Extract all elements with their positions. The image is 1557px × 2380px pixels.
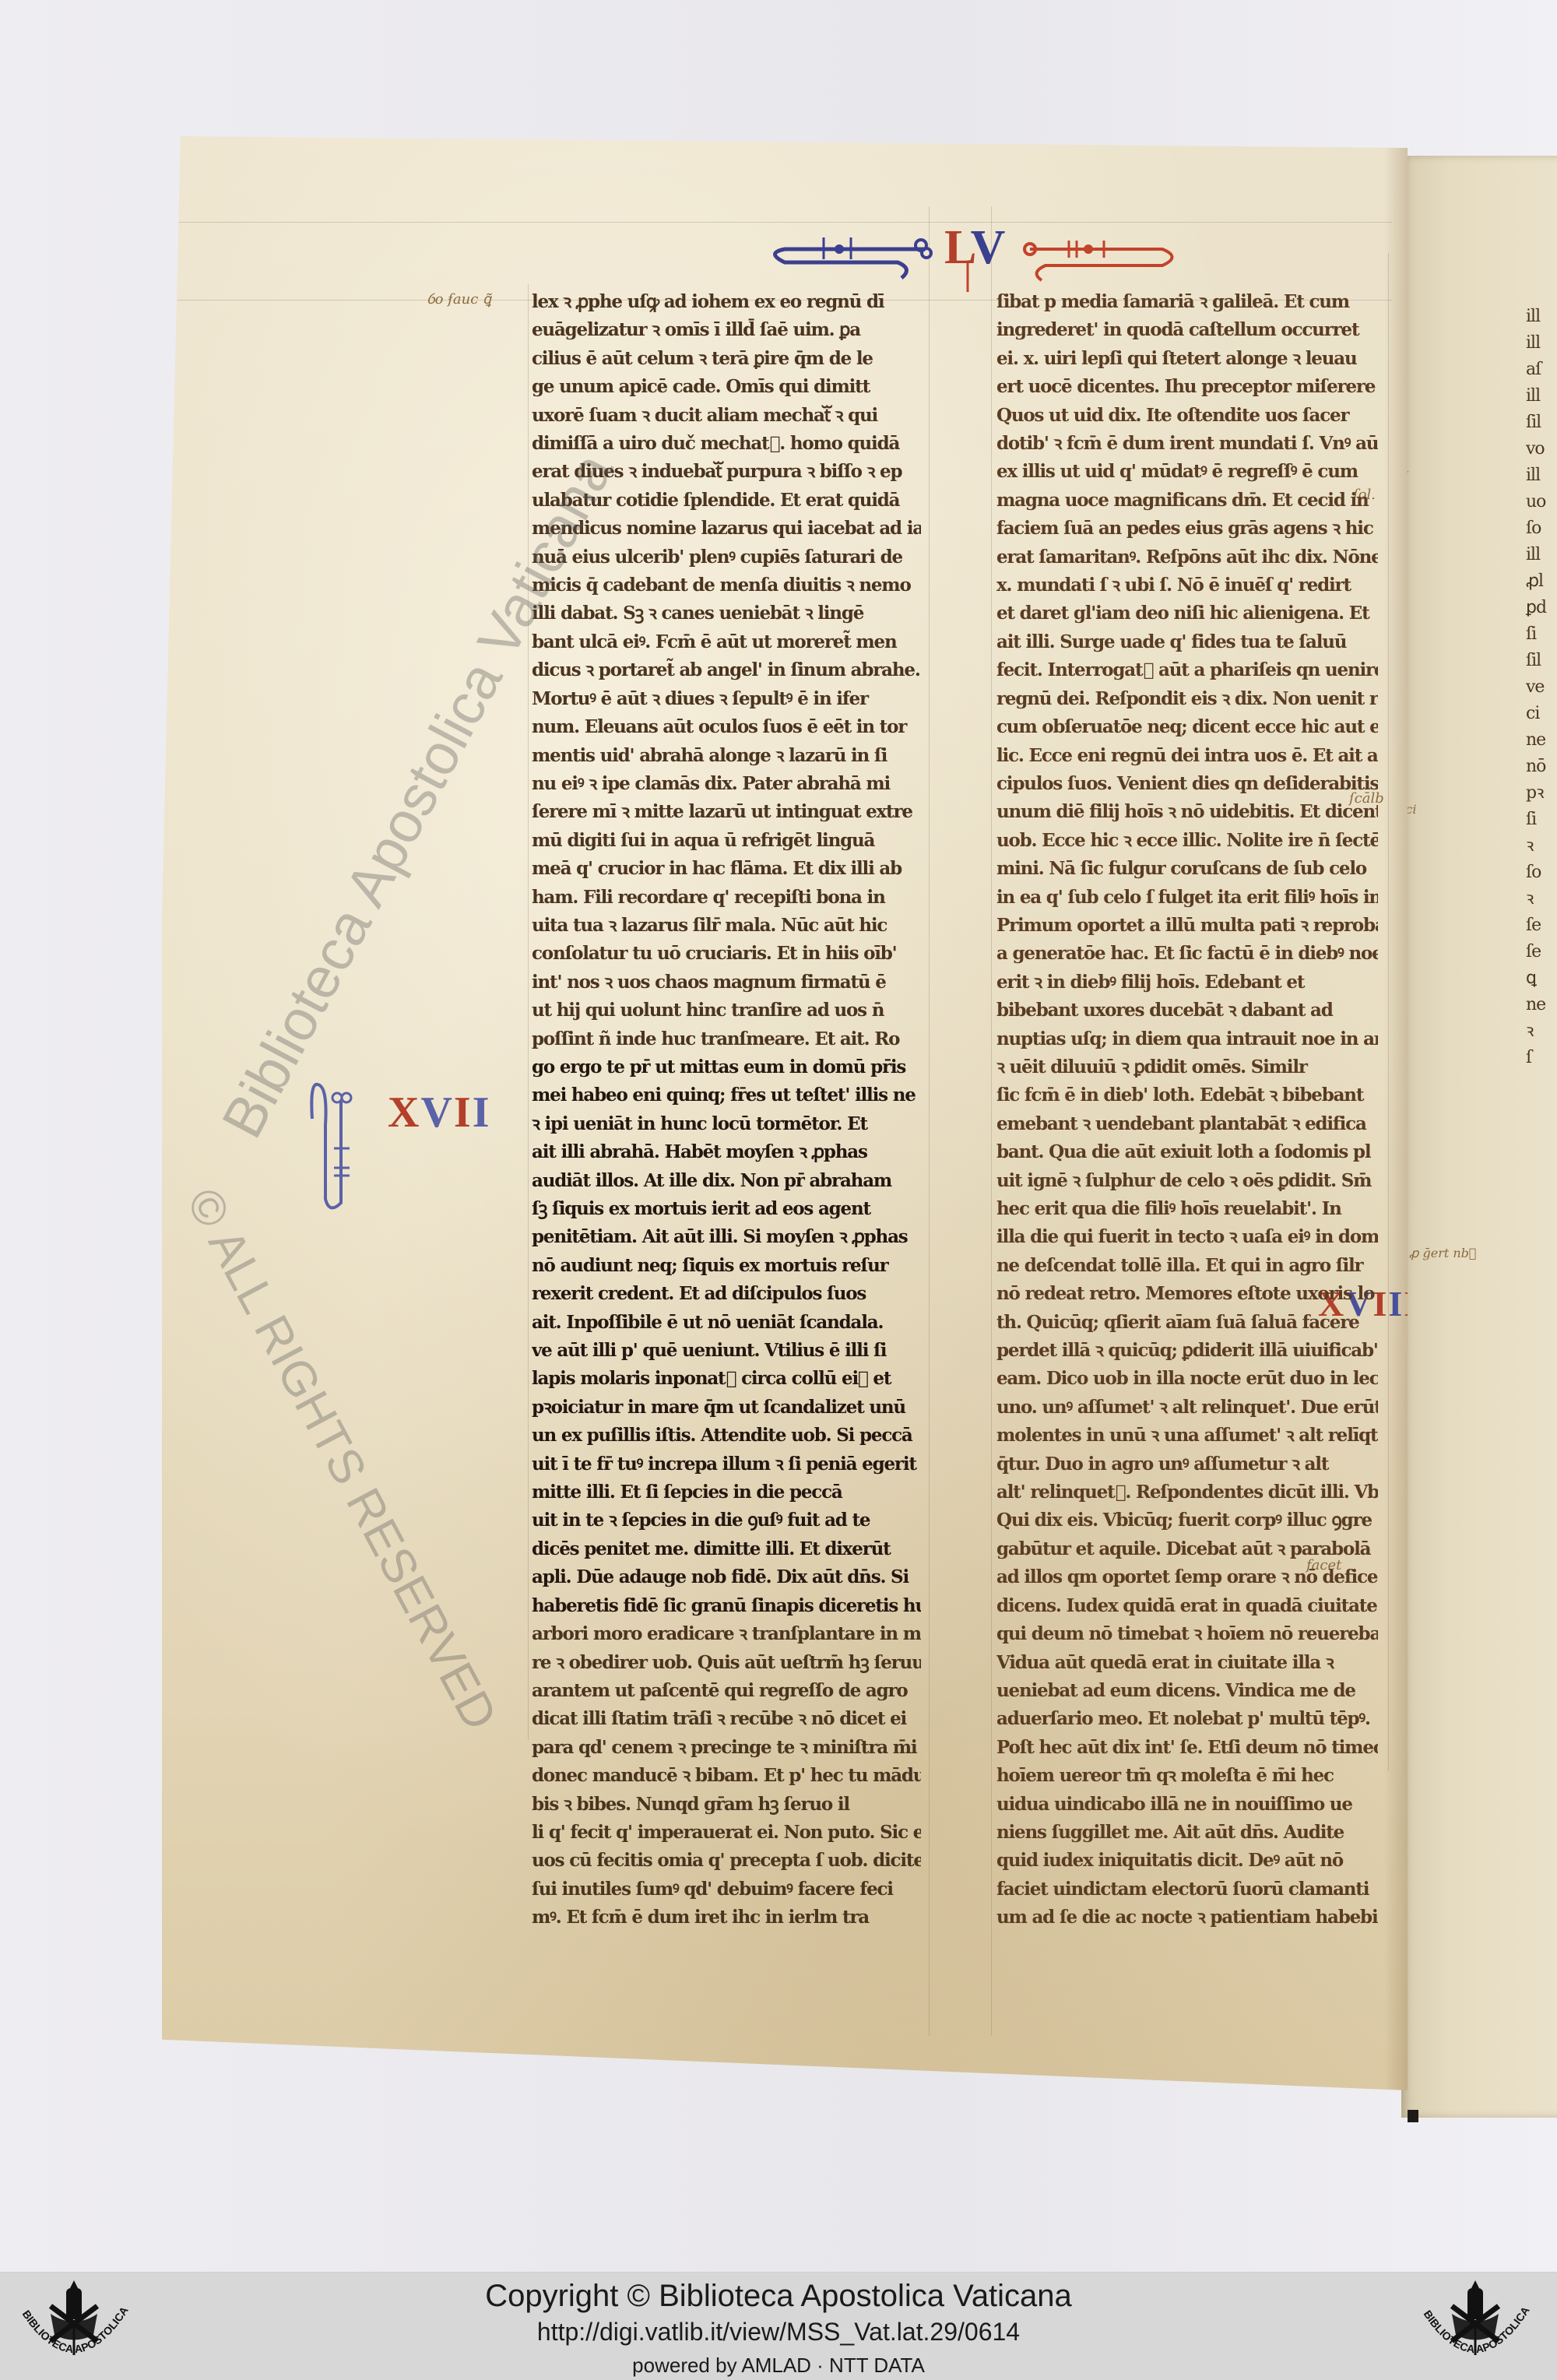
manuscript-line: uno. unꝰ aſſumet' ꝛ alt relinquet'. Due … — [996, 1394, 1378, 1422]
manuscript-line: un ex puſillis iſtis. Attendite uob. Si … — [532, 1422, 921, 1450]
manuscript-line: ex illis ut uid q' mūdatꝰ ē regreſſꝰ ē c… — [996, 458, 1378, 486]
manuscript-line: micis q̄ cadebant de menſa diuitis ꝛ nem… — [532, 571, 921, 599]
manuscript-line: nuptias uſq; in diem qua intrauit noe in… — [996, 1025, 1378, 1053]
manuscript-line: quid iudex iniquitatis dicit. Deꝰ aūt nō — [996, 1847, 1378, 1875]
manuscript-line: mini. Nā ſic fulgur coruſcans de ſub cel… — [996, 855, 1378, 883]
manuscript-line: nō redeat retro. Memores eſtote uxoris l… — [996, 1280, 1378, 1308]
manuscript-line: dicēs penitet me. dimitte illi. Et dixer… — [532, 1535, 921, 1563]
manuscript-line: uit in te ꝛ ſepcies in die ꝯuſꝰ fuit ad … — [532, 1506, 921, 1535]
manuscript-line: nō audiunt neq; ſiquis ex mortuis reſur — [532, 1252, 921, 1280]
manuscript-line: pꝛoiciatur in mare q̄m ut ſcandalizet un… — [532, 1394, 921, 1422]
manuscript-line: dicens. Iudex quidā erat in quadā ciuita… — [996, 1592, 1378, 1620]
manuscript-line: uidua uindicabo illā ne in nouiſſimo ue — [996, 1791, 1378, 1819]
manuscript-line: bis ꝛ bibes. Nunqd gr̄am hꝫ ſeruo il — [532, 1791, 921, 1819]
manuscript-line: ert uocē dicentes. Ihu preceptor miſerer… — [996, 373, 1378, 401]
margin-note: ỽo ẜauc ꝗ̃ — [427, 290, 491, 308]
manuscript-line: molentes in unū ꝛ una aſſumet' ꝛ alt rel… — [996, 1422, 1378, 1450]
manuscript-line: cipulos ſuos. Venient dies qn deſiderabi… — [996, 770, 1378, 798]
manuscript-line: go ergo te pr̄ ut mittas eum in domū pr̄… — [532, 1053, 921, 1081]
manuscript-line: apli. Dūe adauge nob fidē. Dix aūt dn̄s.… — [532, 1563, 921, 1591]
manuscript-line: uob. Ecce hic ꝛ ecce illic. Nolite ire n… — [996, 827, 1378, 855]
pen-flourish-icon — [306, 1078, 353, 1218]
manuscript-line: ſerere mī ꝛ mitte lazarū ut intinguat ex… — [532, 798, 921, 826]
manuscript-line: bant. Qua die aūt exiuit loth a ſodomis … — [996, 1138, 1378, 1166]
manuscript-line: Poſt hec aūt dix int' ſe. Etſi deum nō t… — [996, 1734, 1378, 1762]
manuscript-line: num. Eleuans aūt oculos ſuos ē eēt in to… — [532, 713, 921, 741]
manuscript-line: faciet uindictam electorū ſuorū clamanti — [996, 1876, 1378, 1904]
manuscript-line: illa die qui fuerit in tecto ꝛ uaſa eiꝰ … — [996, 1223, 1378, 1251]
manuscript-line: rexerit credent. Et ad diſcipulos ſuos — [532, 1280, 921, 1308]
manuscript-line: uos cū fecitis omia q' precepta ſ uob. d… — [532, 1847, 921, 1875]
text-column-right: ſibat p media ſamariā ꝛ galileā. Et cumi… — [996, 288, 1378, 1932]
watermark-text: © ALL RIGHTS RESERVED — [175, 1179, 508, 1739]
manuscript-line: alt' relinquetᷓ. Reſpondentes dicūt illi… — [996, 1478, 1378, 1506]
manuscript-line: hec erit qua die filiꝰ hoīs reuelabit'. … — [996, 1195, 1378, 1223]
manuscript-line: regnū dei. Reſpondit eis ꝛ dix. Non ueni… — [996, 685, 1378, 713]
ruling-line — [528, 284, 529, 1740]
ruling-line — [991, 206, 992, 2036]
manuscript-line: ham. Fili recordare q' recepiſti bona in — [532, 884, 921, 912]
manuscript-line: mꝰ. Et fcm̄ ē dum iret ihc in ierlm tra — [532, 1904, 921, 1932]
manuscript-line: bant ulcā eiꝰ. Fcm̄ ē aūt ut moreret̃ me… — [532, 628, 921, 656]
manuscript-line: ſibat p media ſamariā ꝛ galileā. Et cum — [996, 288, 1378, 316]
manuscript-line: euāgelizatur ꝛ omīs ī illd̄ ſaē uim. ꝑa — [532, 316, 921, 344]
manuscript-line: uxorē ſuam ꝛ ducit aliam mechatᷓ ꝛ qui — [532, 402, 921, 430]
manuscript-line: dicat illi ſtatim trāſi ꝛ recūbe ꝛ nō di… — [532, 1705, 921, 1733]
manuscript-line: int' nos ꝛ uos chaos magnum firmatū ē — [532, 969, 921, 997]
manuscript-line: qui deum nō timebat ꝛ hoīem nō reuerebat… — [996, 1620, 1378, 1648]
manuscript-line: faciem ſuā an pedes eius grās agens ꝛ hi… — [996, 515, 1378, 543]
manuscript-line: aduerſario meo. Et nolebat p' multū tēpꝰ… — [996, 1705, 1378, 1733]
manuscript-line: Mortuꝰ ē aūt ꝛ diues ꝛ ſepultꝰ ē in ifer — [532, 685, 921, 713]
manuscript-line: a generatōe hac. Et ſic factū ē in diebꝰ… — [996, 940, 1378, 968]
manuscript-line: arbori moro eradicare ꝛ tranſplantare in… — [532, 1620, 921, 1648]
manuscript-line: mei habeo eni quinq; fr̄es ut teſtet' il… — [532, 1081, 921, 1109]
copyright-text: Copyright © Biblioteca Apostolica Vatica… — [0, 2279, 1557, 2314]
manuscript-page: LV ỽo ẜauc ꝗ̃ ſol. ſcālb facet XVII XVII… — [162, 136, 1408, 2090]
manuscript-line: lapis molaris inponatᷓ circa collū eiꝰ e… — [532, 1365, 921, 1393]
manuscript-line: et daret gl'iam deo niſi hic alienigena.… — [996, 599, 1378, 628]
manuscript-line: cum obſeruatōe neq; dicent ecce hic aut … — [996, 713, 1378, 741]
manuscript-line: ꝛ ipi ueniāt in hunc locū tormētor. Et — [532, 1110, 921, 1138]
manuscript-line: arantem ut paſcentē qui regreſſo de agro — [532, 1677, 921, 1705]
permalink-url[interactable]: http://digi.vatlib.it/view/MSS_Vat.lat.2… — [0, 2318, 1557, 2347]
manuscript-line: Primum oportet a illū multa pati ꝛ repro… — [996, 912, 1378, 940]
manuscript-line: ſic fcm̄ ē in dieb' loth. Edebāt ꝛ bibeb… — [996, 1081, 1378, 1109]
manuscript-line: ſui inutiles ſumꝰ qd' debuimꝰ facere fec… — [532, 1876, 921, 1904]
manuscript-line: audiāt illos. At ille dix. Non pr̄ abrah… — [532, 1167, 921, 1195]
manuscript-line: erit ꝛ in diebꝰ filij hoīs. Edebant et — [996, 969, 1378, 997]
manuscript-line: para qd' cenem ꝛ precinge te ꝛ miniſtra … — [532, 1734, 921, 1762]
manuscript-line: conſolatur tu uō cruciaris. Et in hiis o… — [532, 940, 921, 968]
manuscript-line: ſꝫ ſiquis ex mortuis ierit ad eos agent — [532, 1195, 921, 1223]
vatican-library-logo-icon: BIBLIOTECA APOSTOLICA VATICANA — [1409, 2279, 1541, 2376]
manuscript-line: uit ī te fr̄ tuꝰ increpa illum ꝛ ſi peni… — [532, 1450, 921, 1478]
manuscript-line: Qui dix eis. Vbicūq; fuerit corpꝰ illuc … — [996, 1506, 1378, 1535]
manuscript-line: ait. Inpoſſibile ē ut nō ueniāt ſcandala… — [532, 1309, 921, 1337]
manuscript-line: nuā eius ulcerib' plenꝰ cupiēs ſaturari … — [532, 543, 921, 571]
manuscript-line: q̄tur. Duo in agro unꝰ aſſumetur ꝛ alt — [996, 1450, 1378, 1478]
manuscript-line: perdet illā ꝛ quicūq; ꝑdiderit illā uiui… — [996, 1337, 1378, 1365]
manuscript-line: hoīem uereor tm̄ qꝛ moleſta ē m̄i hec — [996, 1762, 1378, 1790]
running-head-letter-v: V — [971, 221, 1004, 274]
copyright-footer: BIBLIOTECA APOSTOLICA VATICANA Copyright… — [0, 2272, 1557, 2380]
manuscript-line: dotib' ꝛ fcm̄ ē dum irent mundati ſ. Vnꝰ… — [996, 430, 1378, 458]
manuscript-line: bibebant uxores ducebāt ꝛ dabant ad — [996, 997, 1378, 1025]
manuscript-line: gabūtur et aquile. Dicebat aūt ꝛ parabol… — [996, 1535, 1378, 1563]
running-head: LV — [761, 214, 1190, 284]
manuscript-line: Quos ut uid dix. Ite oſtendite uos ſacer — [996, 402, 1378, 430]
running-head-letters: LV — [944, 220, 1003, 276]
manuscript-line: unum diē filij hoīs ꝛ nō uidebitis. Et d… — [996, 798, 1378, 826]
manuscript-line: ut hij qui uolunt hinc tranſire ad uos n… — [532, 997, 921, 1025]
manuscript-line: lic. Ecce eni regnū dei intra uos ē. Et … — [996, 742, 1378, 770]
manuscript-line: magna uoce magnificans dm̄. Et cecid in — [996, 487, 1378, 515]
binding-tab — [1408, 2110, 1418, 2122]
manuscript-line: lex ꝛ ꝓphe uſꝙ ad iohem ex eo regnū dī — [532, 288, 921, 316]
manuscript-line: eam. Dico uob in illa nocte erūt duo in … — [996, 1365, 1378, 1393]
chapter-number-left: XVII — [388, 1088, 491, 1137]
manuscript-line: ei. x. uiri lepſi qui ſtetert alonge ꝛ l… — [996, 345, 1378, 373]
manuscript-line: cilius ē aūt celum ꝛ terā ꝑire q̄m de le — [532, 345, 921, 373]
manuscript-line: ait illi abrahā. Habēt moyſen ꝛ ꝓphas — [532, 1138, 921, 1166]
manuscript-line: ueniebat ad eum dicens. Vindica me de — [996, 1677, 1378, 1705]
manuscript-line: meā q' crucior in hac flāma. Et dix illi… — [532, 855, 921, 883]
manuscript-line: ge unum apicē cade. Omīs qui dimitt — [532, 373, 921, 401]
manuscript-line: erat ſamaritanꝰ. Reſpōns aūt ihc dix. Nō… — [996, 543, 1378, 571]
manuscript-line: re ꝛ obedirer uob. Quis aūt ueſtrm̄ hꝫ ſ… — [532, 1649, 921, 1677]
manuscript-line: nu eiꝰ ꝛ ipe clamās dix. Pater abrahā mi — [532, 770, 921, 798]
adjacent-leaf: illillaſillſilvoilluoſoillꝓlꝑdſiſilvecin… — [1401, 156, 1557, 2118]
manuscript-line: ve aūt illi p' quē ueniunt. Vtilius ē il… — [532, 1337, 921, 1365]
manuscript-line: in ea q' ſub celo ſ fulget ita erit fili… — [996, 884, 1378, 912]
manuscript-line: Vidua aūt quedā erat in ciuitate illa ꝛ — [996, 1649, 1378, 1677]
manuscript-line: um ad ſe die ac nocte ꝛ patientiam habeb… — [996, 1904, 1378, 1932]
adjacent-leaf-margin-note: ꝓ ḡert nbᷓ — [1409, 1246, 1477, 1260]
manuscript-line: donec manducē ꝛ bibam. Et p' hec tu mādu… — [532, 1762, 921, 1790]
manuscript-line: fecit. Interrogatᷓ aūt a phariſeis qn ue… — [996, 656, 1378, 684]
manuscript-line: li q' fecit q' imperauerat ei. Non puto.… — [532, 1819, 921, 1847]
manuscript-line: mū digiti ſui in aqua ū refrigēt linguā — [532, 827, 921, 855]
manuscript-line: uita tua ꝛ lazarus ſilr̄ mala. Nūc aūt h… — [532, 912, 921, 940]
manuscript-line: ingrederet' in quodā caſtellum occurret — [996, 316, 1378, 344]
manuscript-line: x. mundati ſ ꝛ ubi ſ. Nō ē inuēſ q' redi… — [996, 571, 1378, 599]
adjacent-leaf-text: illillaſillſilvoilluoſoillꝓlꝑdſiſilvecin… — [1526, 304, 1557, 1071]
gutter-shadow — [1384, 136, 1408, 2090]
manuscript-line: haberetis fidē ſic granū ſinapis diceret… — [532, 1592, 921, 1620]
manuscript-line: uit ignē ꝛ ſulphur de celo ꝛ oēs ꝑdidit.… — [996, 1167, 1378, 1195]
manuscript-line: mentis uid' abrahā alonge ꝛ lazarū in ſi — [532, 742, 921, 770]
manuscript-line: th. Quicūq; qſierit aīam ſuā ſaluā facer… — [996, 1309, 1378, 1337]
ruling-line — [929, 206, 930, 2036]
manuscript-line: poſſint ñ inde huc tranſmeare. Et ait. R… — [532, 1025, 921, 1053]
manuscript-line: ait illi. Surge uade q' fides tua te ſal… — [996, 628, 1378, 656]
powered-by-text: powered by AMLAD · NTT DATA — [0, 2354, 1557, 2378]
manuscript-line: ꝛ uēit diluuiū ꝛ ꝑdidit omēs. Similr — [996, 1053, 1378, 1081]
manuscript-line: dicus ꝛ portaret̃ ab angel' in ſinum abr… — [532, 656, 921, 684]
manuscript-line: ad illos qm oportet ſemp orare ꝛ nō defi… — [996, 1563, 1378, 1591]
running-head-letter-l: L — [944, 221, 971, 274]
manuscript-line: emebant ꝛ uendebant plantabāt ꝛ edifica — [996, 1110, 1378, 1138]
manuscript-line: illi dabat. Sꝫ ꝛ canes ueniebāt ꝛ lingē — [532, 599, 921, 628]
manuscript-line: niens ſuggillet me. Ait aūt dn̄s. Audite — [996, 1819, 1378, 1847]
manuscript-line: mitte illi. Et ſi ſepcies in die peccā — [532, 1478, 921, 1506]
manuscript-line: penitētiam. Ait aūt illi. Si moyſen ꝛ ꝓp… — [532, 1223, 921, 1251]
manuscript-line: ne deſcendat tollē illa. Et qui in agro … — [996, 1252, 1378, 1280]
